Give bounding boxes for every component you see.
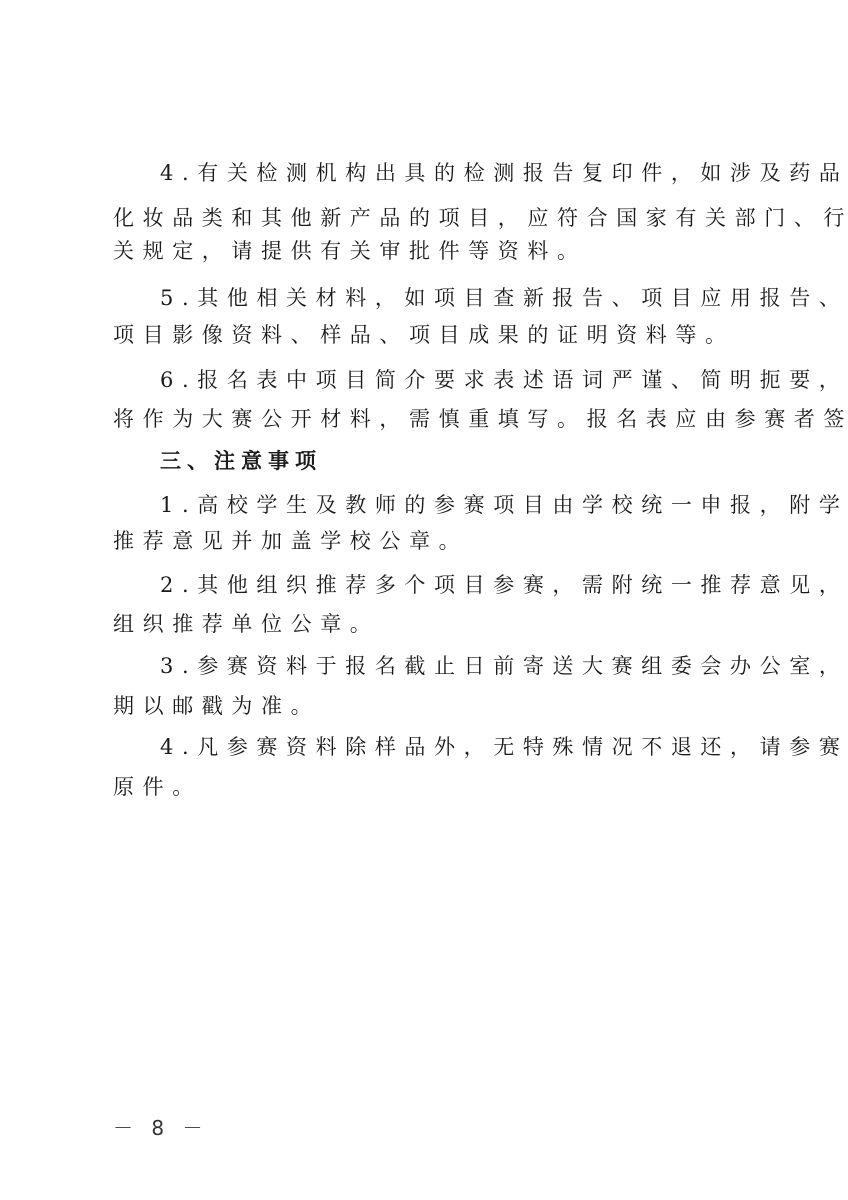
paragraph-line: 关规定，请提供有关审批件等资料。 bbox=[113, 236, 587, 266]
paragraph-line: 项目影像资料、样品、项目成果的证明资料等。 bbox=[113, 320, 735, 350]
paragraph-line: 2.其他组织推荐多个项目参赛，需附统一推荐意见，并加盖 bbox=[160, 570, 848, 600]
paragraph-line: 组织推荐单位公章。 bbox=[113, 609, 379, 639]
page-number: － 8 － bbox=[113, 1112, 208, 1141]
paragraph-line: 6.报名表中项目简介要求表述语词严谨、简明扼要，其内容 bbox=[160, 365, 848, 395]
section-heading: 三、注意事项 bbox=[160, 446, 322, 476]
paragraph-line: 推荐意见并加盖学校公章。 bbox=[113, 526, 468, 556]
paragraph-line: 4.凡参赛资料除样品外，无特殊情况不退还，请参赛者保存 bbox=[160, 732, 848, 762]
paragraph-line: 3.参赛资料于报名截止日前寄送大赛组委会办公室，具体日 bbox=[160, 651, 848, 681]
paragraph-line: 4.有关检测机构出具的检测报告复印件，如涉及药品、食品、 bbox=[160, 158, 848, 188]
paragraph-line: 5.其他相关材料，如项目查新报告、项目应用报告、图片、 bbox=[160, 283, 848, 313]
paragraph-line: 化妆品类和其他新产品的项目，应符合国家有关部门、行业的相 bbox=[113, 203, 848, 233]
paragraph-line: 将作为大赛公开材料，需慎重填写。报名表应由参赛者签字或盖章。 bbox=[113, 404, 848, 434]
paragraph-line: 原件。 bbox=[113, 772, 202, 802]
paragraph-line: 1.高校学生及教师的参赛项目由学校统一申报，附学校统一 bbox=[160, 490, 848, 520]
paragraph-line: 期以邮戳为准。 bbox=[113, 691, 320, 721]
